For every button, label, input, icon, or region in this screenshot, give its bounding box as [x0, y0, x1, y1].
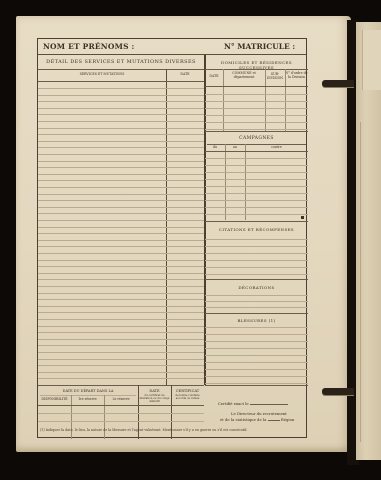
- military-record-form: NOM ET PRÉNOMS : N° MATRICULE : DÉTAIL D…: [37, 38, 307, 438]
- region-label: Région: [281, 417, 294, 422]
- certifie-blank: [250, 404, 288, 405]
- ruled-line: [205, 214, 308, 215]
- ruled-line: [38, 332, 204, 333]
- divider: [205, 221, 308, 222]
- ruled-line: [38, 200, 204, 201]
- ruled-line: [205, 355, 308, 356]
- ruled-line: [38, 141, 204, 142]
- ruled-line: [205, 122, 308, 123]
- ruled-line: [38, 240, 204, 241]
- ruled-line: [205, 307, 308, 308]
- ruled-line: [38, 286, 204, 287]
- ruled-line: [205, 200, 308, 201]
- ruled-line: [38, 319, 204, 320]
- ruled-line: [205, 341, 308, 342]
- blessures-title: BLESSURES (1): [205, 318, 308, 323]
- ruled-line: [38, 246, 204, 247]
- header-bar: NOM ET PRÉNOMS : N° MATRICULE :: [38, 39, 306, 55]
- divider: [205, 279, 308, 280]
- ruled-line: [38, 213, 204, 214]
- divider: [205, 86, 308, 87]
- divider: [38, 81, 204, 82]
- dom-col-subdivision: SUB-DIVISION: [265, 73, 285, 81]
- ruled-line: [38, 95, 204, 96]
- ruled-line: [38, 121, 204, 122]
- binder-clip-bottom: [322, 388, 354, 395]
- next-page-edge: [356, 22, 381, 460]
- ruled-line: [38, 359, 204, 360]
- ruled-line: [205, 348, 308, 349]
- ruled-line: [38, 279, 204, 280]
- ruled-line: [205, 129, 308, 130]
- certifie-label: Certifié exact le: [218, 401, 249, 406]
- ruled-line: [205, 193, 308, 194]
- col-line: [104, 395, 105, 439]
- ruled-line: [205, 239, 308, 240]
- citations-title: CITATIONS ET RÉCOMPENSES: [205, 227, 308, 232]
- certificat-sub: de bonne conduite accordé ou refusé: [172, 394, 203, 400]
- divider: [38, 385, 204, 386]
- ruled-line: [38, 299, 204, 300]
- ruled-line: [205, 246, 308, 247]
- ruled-line: [205, 165, 308, 166]
- page-stack: [360, 122, 381, 442]
- ruled-line: [38, 378, 204, 379]
- name-label: NOM ET PRÉNOMS :: [43, 42, 135, 51]
- divider: [205, 131, 308, 132]
- ruled-line: [205, 186, 308, 187]
- ruled-line: [38, 187, 204, 188]
- ruled-line: [205, 369, 308, 370]
- ruled-line: [205, 295, 308, 296]
- services-title: DÉTAIL DES SERVICES ET MUTATIONS DIVERSE…: [38, 59, 204, 65]
- col-header-services: SERVICES ET MUTATIONS: [38, 73, 166, 77]
- date-liberation-title: DATE: [138, 389, 171, 393]
- divider: [205, 313, 308, 314]
- ruled-line: [38, 266, 204, 267]
- divider: [38, 413, 204, 414]
- ruled-line: [38, 372, 204, 373]
- ruled-line: [38, 88, 204, 89]
- ruled-line: [38, 306, 204, 307]
- ruled-line: [38, 273, 204, 274]
- ruled-line: [205, 101, 308, 102]
- ruled-line: [205, 94, 308, 95]
- divider: [205, 151, 308, 152]
- ruled-line: [38, 108, 204, 109]
- ruled-line: [205, 267, 308, 268]
- binder-clip-top: [322, 80, 354, 87]
- col-header-date: DATE: [166, 73, 204, 77]
- ruled-line: [205, 301, 308, 302]
- ruled-line: [205, 362, 308, 363]
- ruled-line: [38, 154, 204, 155]
- ruled-line: [38, 326, 204, 327]
- ruled-line: [38, 253, 204, 254]
- divider: [205, 385, 308, 386]
- depart-title: DATE DU DÉPART DANS LA: [38, 389, 138, 393]
- ruled-line: [205, 376, 308, 377]
- ruled-line: [38, 207, 204, 208]
- ruled-line: [38, 365, 204, 366]
- dom-col-ordre: N° d'ordre de la Division: [285, 72, 308, 80]
- ruled-line: [38, 147, 204, 148]
- statistique-label: et de la statistique de la: [220, 417, 266, 422]
- ruled-line: [205, 115, 308, 116]
- ruled-line: [38, 233, 204, 234]
- region-blank: [268, 420, 280, 421]
- ruled-line: [205, 158, 308, 159]
- dom-col-commune: COMMUNE et département: [223, 72, 265, 80]
- page-tab: [362, 30, 381, 90]
- certifie-line: Certifié exact le: [218, 401, 288, 406]
- statistique-line: et de la statistique de la Région: [220, 417, 294, 422]
- divider: [38, 405, 204, 406]
- ruled-line: [205, 172, 308, 173]
- ruled-line: [38, 312, 204, 313]
- ruled-line: [38, 260, 204, 261]
- camp-col-au: au: [225, 146, 245, 150]
- footnote: (1) Indiquer la date, le lieu, la nature…: [40, 428, 270, 432]
- ruled-line: [38, 194, 204, 195]
- divider: [205, 69, 308, 70]
- ruled-line: [38, 128, 204, 129]
- divider: [38, 421, 204, 422]
- depart-col-2e: 2e réserve: [104, 398, 138, 402]
- ruled-line: [38, 339, 204, 340]
- ruled-line: [205, 260, 308, 261]
- ruled-line: [38, 345, 204, 346]
- ruled-line: [38, 293, 204, 294]
- col-line: [71, 395, 72, 439]
- dom-col-date: DATE: [205, 75, 223, 79]
- directeur-line: Le Directeur du recrutement: [231, 411, 287, 416]
- camp-col-line: [225, 144, 226, 220]
- ruled-line: [205, 327, 308, 328]
- ruled-line: [205, 334, 308, 335]
- ruled-line: [38, 180, 204, 181]
- camp-col-line: [245, 144, 246, 220]
- date-liberation-sub: du certificat de libération ou du congé …: [139, 394, 170, 403]
- ruled-line: [38, 101, 204, 102]
- ruled-line: [38, 167, 204, 168]
- ruled-line: [38, 114, 204, 115]
- ruled-line: [38, 134, 204, 135]
- column-divider: [204, 55, 206, 385]
- ruled-line: [205, 383, 308, 384]
- ruled-line: [38, 220, 204, 221]
- divider: [38, 69, 204, 70]
- ruled-line: [38, 352, 204, 353]
- ruled-line: [205, 207, 308, 208]
- camp-col-contre: contre: [245, 146, 308, 150]
- ruled-line: [205, 274, 308, 275]
- camp-col-du: du: [205, 146, 225, 150]
- ruled-line: [38, 161, 204, 162]
- ruled-line: [38, 174, 204, 175]
- bullet-mark: [301, 216, 304, 219]
- depart-col-1re: 1re réserve: [71, 398, 104, 402]
- campagnes-title: CAMPAGNES: [205, 136, 308, 141]
- ruled-line: [205, 108, 308, 109]
- ruled-line: [38, 227, 204, 228]
- certificat-title: CERTIFICAT: [171, 389, 204, 393]
- divider: [207, 144, 306, 145]
- ruled-line: [205, 179, 308, 180]
- decorations-title: DÉCORATIONS: [205, 285, 308, 290]
- depart-col-disponibilite: DISPONIBILITÉ: [38, 398, 71, 402]
- divider: [40, 395, 136, 396]
- matricule-label: N° MATRICULE :: [224, 42, 295, 51]
- ruled-line: [205, 253, 308, 254]
